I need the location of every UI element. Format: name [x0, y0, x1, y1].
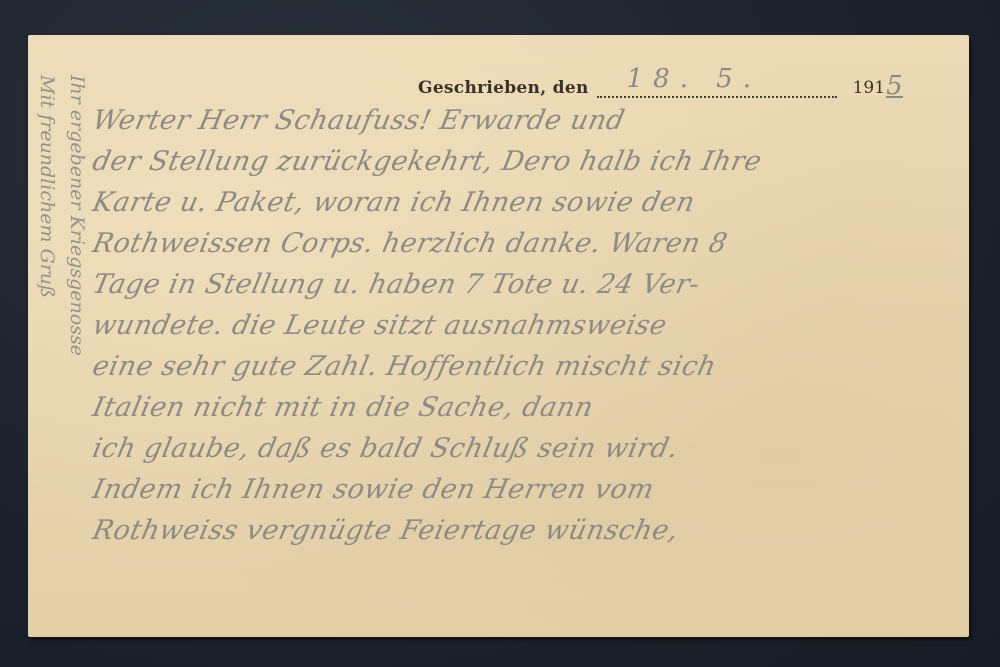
handwritten-line: Indem ich Ihnen sowie den Herren vom — [89, 469, 973, 510]
handwritten-line: ich glaube, daß es bald Schluß sein wird… — [89, 428, 973, 469]
margin-note-column: Ihr ergebener Kriegsgenosse — [66, 75, 88, 356]
printed-year-prefix: 191 — [853, 78, 885, 98]
margin-note-column: Mit freundlichem Gruß — [36, 75, 58, 298]
handwritten-line: Rothweissen Corps. herzlich danke. Waren… — [89, 223, 973, 264]
handwritten-line: wundete. die Leute sitzt ausnahmsweise — [89, 305, 973, 346]
handwritten-line: der Stellung zurückgekehrt, Dero halb ic… — [89, 141, 973, 182]
handwritten-body: Werter Herr Schaufuss! Erwarde und der S… — [93, 100, 968, 551]
handwritten-line: Werter Herr Schaufuss! Erwarde und — [89, 100, 973, 141]
printed-date-label: Geschrieben, den — [418, 78, 589, 98]
handwritten-line: Karte u. Paket, woran ich Ihnen sowie de… — [89, 182, 973, 223]
date-dotted-line: 18. 5. — [597, 74, 837, 98]
handwritten-line: Rothweiss vergnügte Feiertage wünsche, — [89, 510, 973, 551]
handwritten-line: eine sehr gute Zahl. Hoffentlich mischt … — [89, 346, 973, 387]
postcard: Geschrieben, den 18. 5. 191 5 Mit freund… — [28, 35, 969, 637]
date-header: Geschrieben, den 18. 5. 191 5 — [418, 74, 903, 98]
handwritten-year-suffix: 5 — [886, 76, 903, 98]
handwritten-line: Italien nicht mit in die Sache, dann — [89, 387, 973, 428]
handwritten-date: 18. 5. — [627, 64, 761, 94]
handwritten-line: Tage in Stellung u. haben 7 Tote u. 24 V… — [89, 264, 973, 305]
